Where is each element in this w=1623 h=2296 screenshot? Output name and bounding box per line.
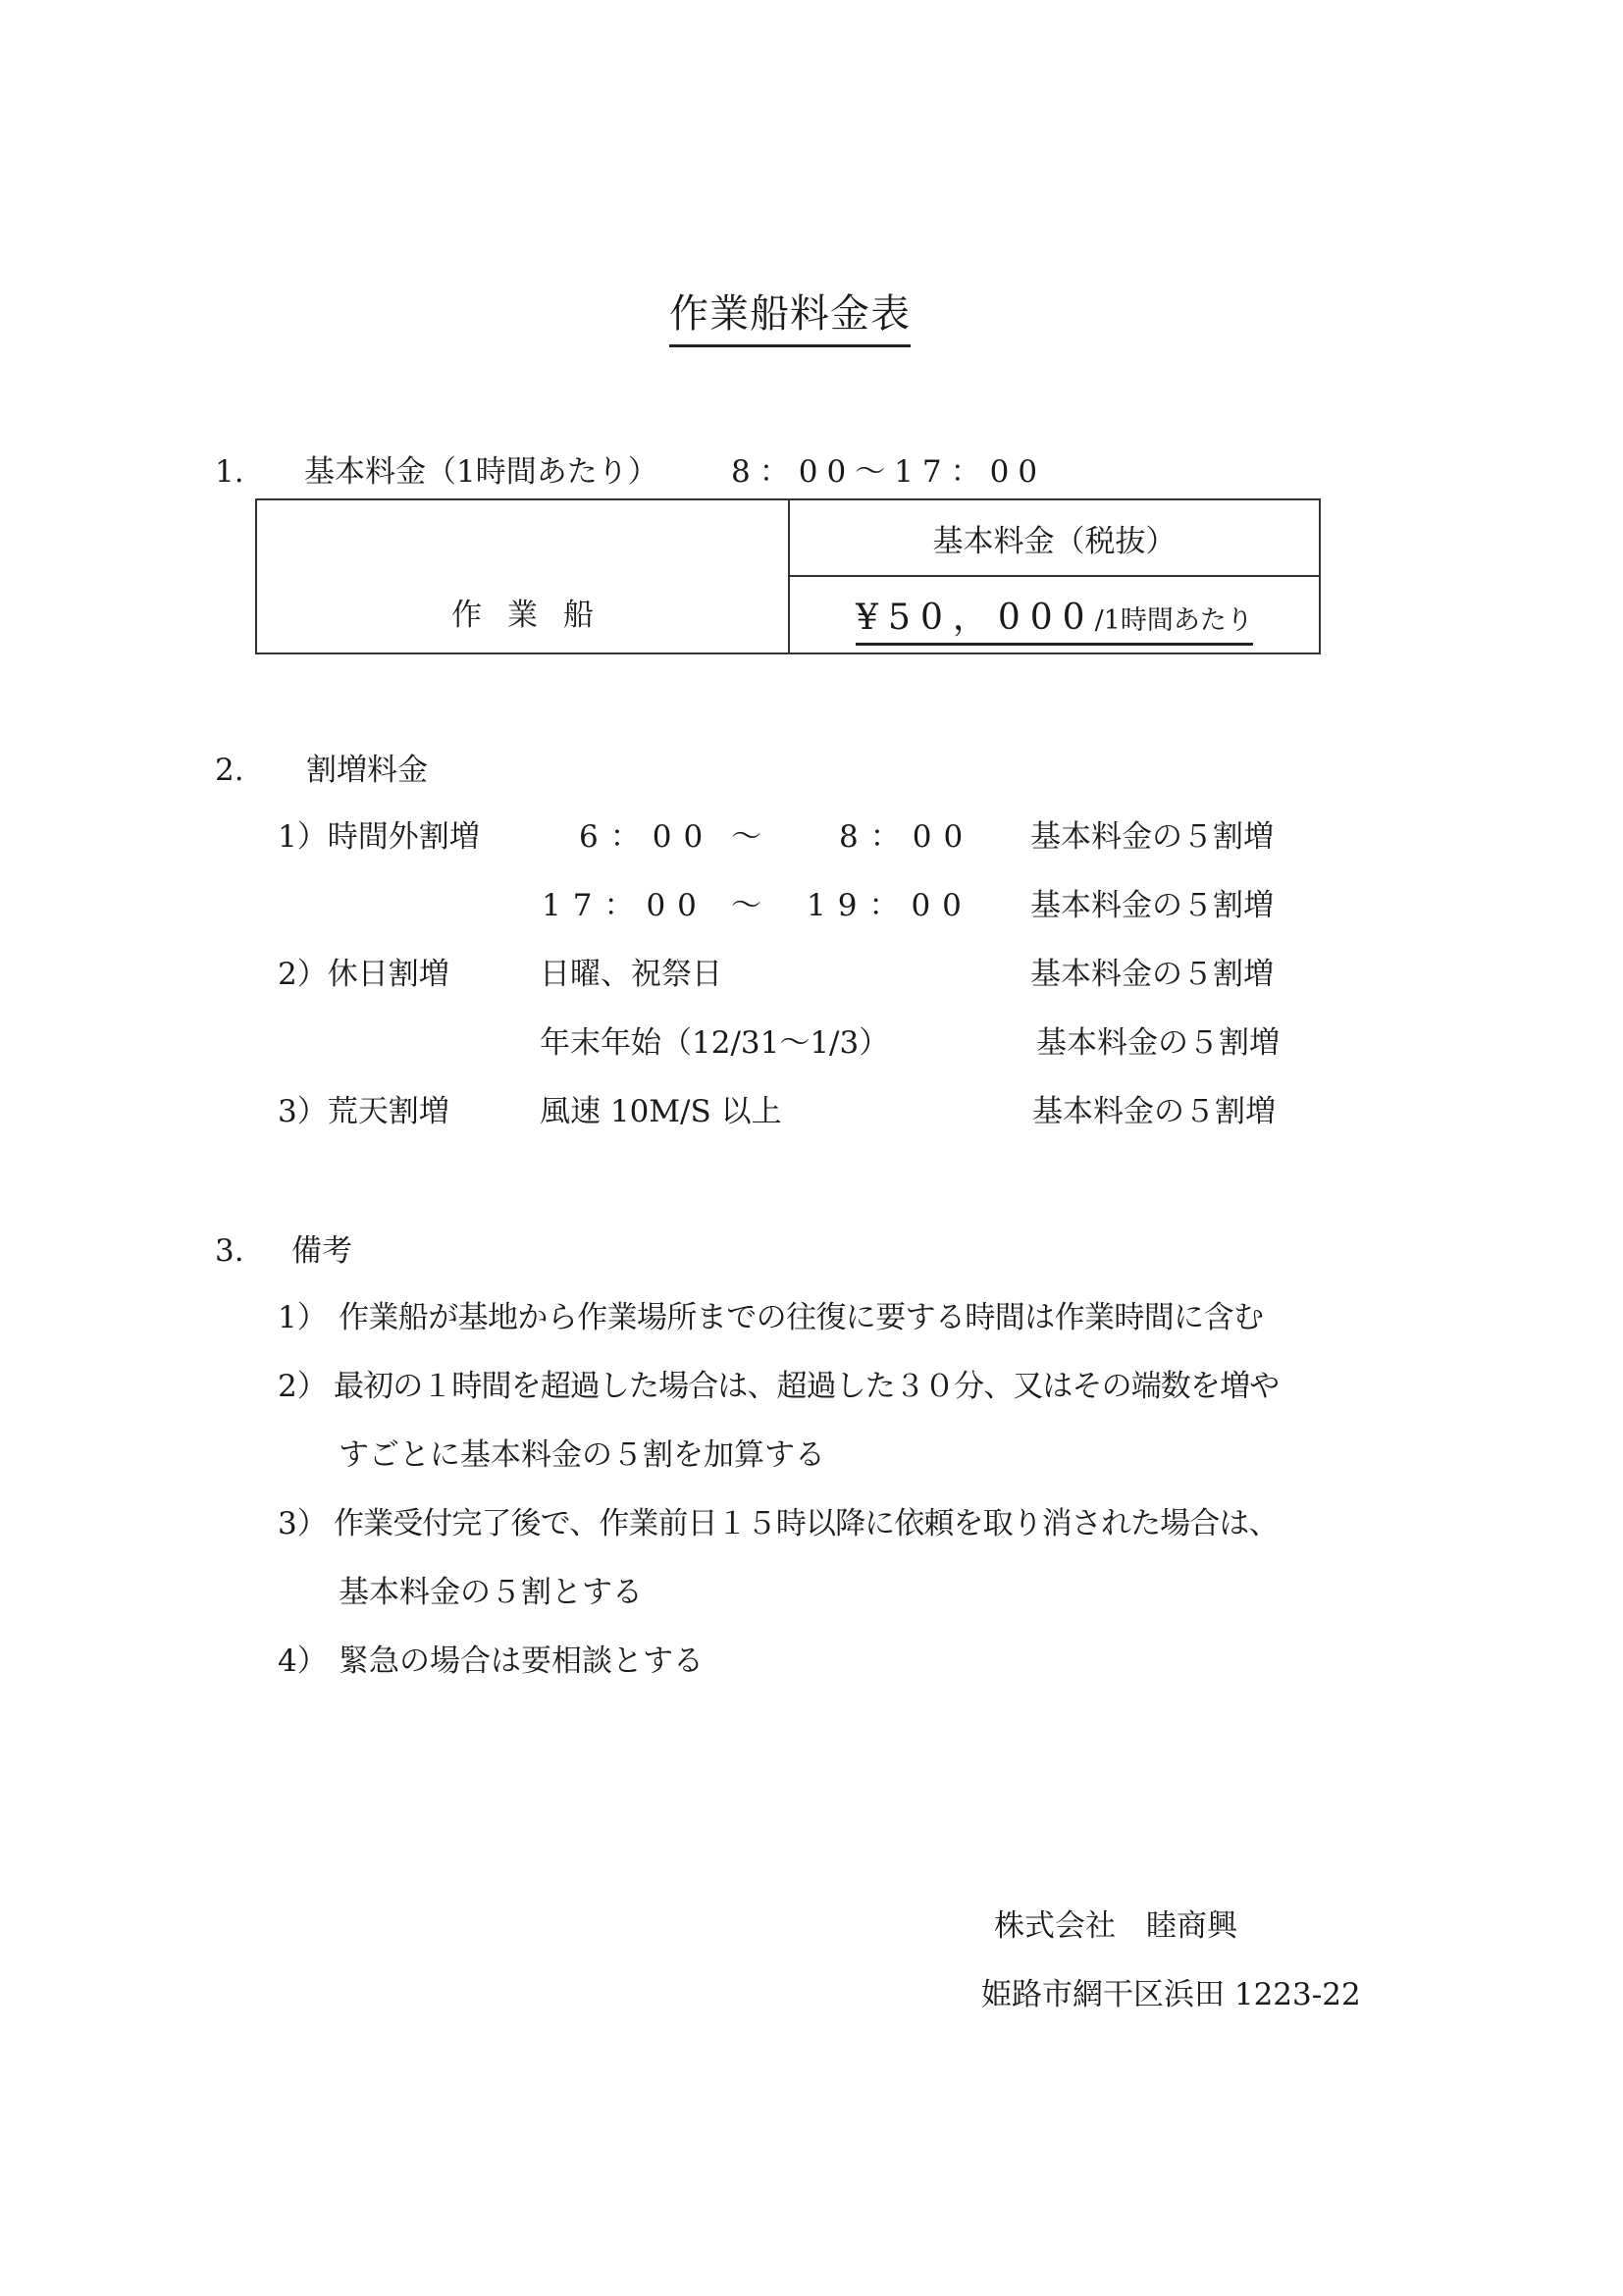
surcharge-to: 19：00 [807,891,973,921]
price-value: ¥50，000 [856,598,1094,638]
company-address: 姫路市網干区浜田 1223-22 [981,1980,1361,2010]
section1-heading: 基本料金（1時間あたり） [304,457,658,488]
note-continuation: すごとに基本料金の５割を加算する [339,1440,825,1471]
surcharge-from: 17：00 [542,891,708,921]
company-name: 株式会社 睦商興 [994,1911,1237,1942]
title-text: 作業船料金表 [669,291,911,347]
note-text: 作業船が基地から作業場所までの往復に要する時間は作業時間に含む [339,1303,1263,1333]
section2-number: 2. [215,756,244,786]
surcharge-tilde: ～ [731,891,761,921]
note-text: 緊急の場合は要相談とする [339,1646,704,1677]
price-unit: /1時間あたり [1095,605,1253,636]
surcharge-from: 6：00 [579,822,714,853]
note-label: 1） [278,1303,328,1333]
fee-header-cell: 基本料金（税抜） [789,499,1320,576]
surcharge-rate: 基本料金の５割増 [1032,1097,1276,1127]
surcharge-tilde: ～ [731,822,761,853]
fee-price-cell: ¥50，000/1時間あたり [789,576,1320,653]
surcharge-condition: 年末年始（12/31～1/3） [540,1028,889,1059]
surcharge-condition: 風速 10M/S 以上 [540,1097,782,1127]
fee-header: 基本料金（税抜） [933,524,1177,559]
surcharge-rate: 基本料金の５割増 [1030,822,1274,853]
section3-number: 3. [215,1236,244,1267]
surcharge-condition: 日曜、祝祭日 [540,960,722,990]
section2-heading: 割増料金 [306,756,428,786]
note-label: 4） [278,1646,328,1677]
note-label: 3） [278,1509,328,1539]
surcharge-label: 3）荒天割増 [278,1097,449,1127]
basic-fee-table: 作業船 基本料金（税抜） ¥50，000/1時間あたり [255,498,1321,654]
surcharge-rate: 基本料金の５割増 [1030,960,1274,990]
document-title: 作業船料金表 [0,294,1580,334]
note-label: 2） [278,1372,328,1402]
surcharge-rate: 基本料金の５割増 [1036,1028,1280,1059]
surcharge-rate: 基本料金の５割増 [1030,891,1274,921]
note-continuation: 基本料金の５割とする [339,1578,643,1608]
surcharge-label: 2）休日割増 [278,960,449,990]
vessel-label: 作業船 [426,598,619,633]
vessel-cell: 作業船 [256,499,789,653]
section1-number: 1. [215,457,244,488]
note-text: 最初の１時間を超過した場合は、超過した３０分、又はその端数を増や [334,1372,1279,1402]
surcharge-label: 1）時間外割増 [278,822,480,853]
section3-heading: 備考 [291,1236,352,1267]
price-underline: ¥50，000/1時間あたり [856,601,1253,646]
section1-hours: 8：00～17：00 [731,457,1046,488]
surcharge-to: 8：00 [839,822,974,853]
note-text: 作業受付完了後で、作業前日１５時以降に依頼を取り消された場合は、 [334,1509,1279,1539]
